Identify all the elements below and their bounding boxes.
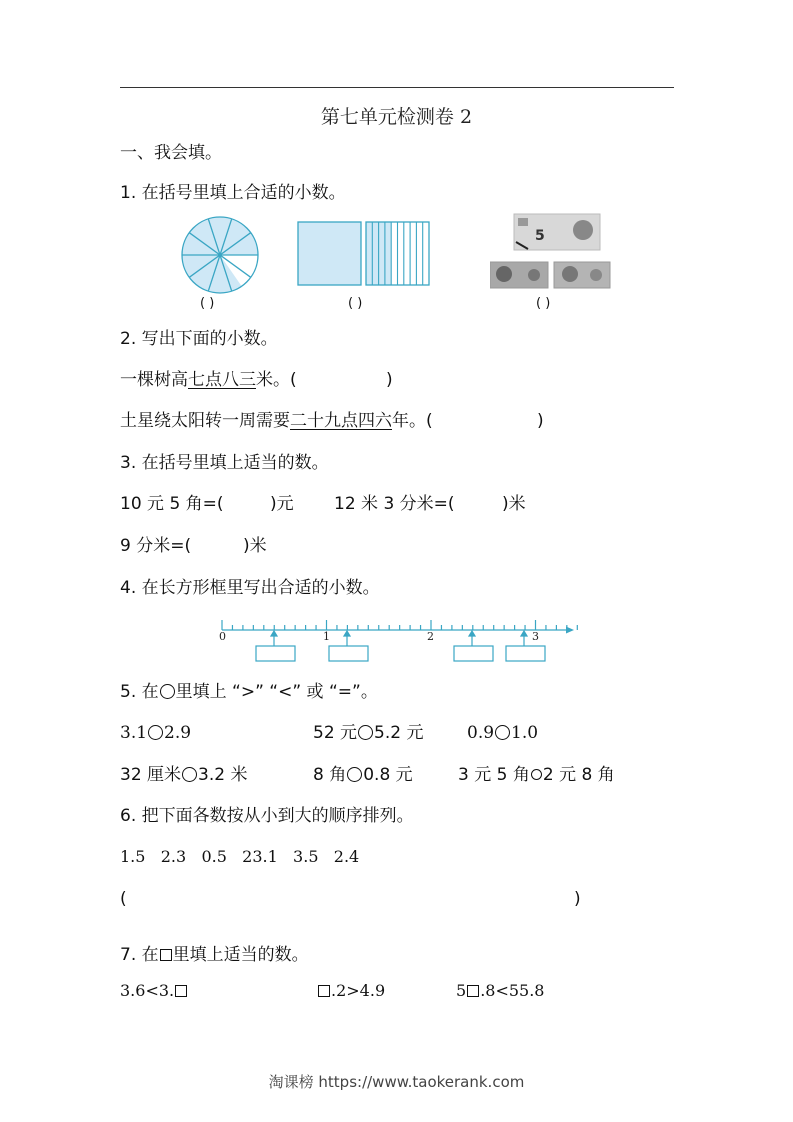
q3-item-3-left: 9 分米=(	[120, 535, 191, 557]
q2-item-2-close: )	[537, 410, 544, 432]
q2-text: 土星绕太阳转一周需要	[120, 411, 290, 431]
q1-prompt: 1. 在括号里填上合适的小数。	[120, 182, 346, 204]
q7-prompt: 7. 在里填上适当的数。	[120, 944, 309, 966]
page-title: 第七单元检测卷 2	[0, 102, 793, 129]
q2-text: 米。(	[256, 370, 297, 390]
answer-box-1[interactable]	[256, 646, 295, 661]
q1-blank-3[interactable]: ( )	[536, 296, 550, 311]
q5-item: 3.12.9	[120, 722, 191, 744]
q5-prompt: 5. 在里填上 “>” “<” 或 “=”。	[120, 681, 378, 703]
square-blank-icon	[160, 949, 172, 961]
q2-underlined-number: 二十九点四六	[290, 411, 392, 431]
q6-numbers: 1.5 2.3 0.5 23.1 3.5 2.4	[120, 846, 359, 868]
digit-box[interactable]	[467, 985, 479, 997]
answer-box-4[interactable]	[506, 646, 545, 661]
q6-answer-open[interactable]: (	[120, 888, 127, 910]
q7-item-1: 3.6<3.	[120, 980, 188, 1002]
q2-item-1: 一棵树高七点八三米。(	[120, 369, 297, 391]
answer-box-3[interactable]	[454, 646, 493, 661]
compare-circle[interactable]	[495, 725, 510, 740]
compare-circle[interactable]	[182, 767, 197, 782]
q6-prompt: 6. 把下面各数按从小到大的顺序排列。	[120, 805, 414, 827]
q2-underlined-number: 七点八三	[188, 370, 256, 390]
q7-item-2: .2>4.9	[317, 980, 385, 1002]
footer-watermark: 淘课榜 https://www.taokerank.com	[0, 1071, 793, 1092]
q2-item-1-close: )	[386, 369, 393, 391]
q5-item: 52 元5.2 元	[313, 722, 424, 744]
tick-label-3: 3	[532, 630, 539, 643]
q2-text: 年。(	[392, 411, 433, 431]
money-figure: 5	[490, 212, 614, 290]
section-heading: 一、我会填。	[120, 142, 222, 164]
q6-answer-close: )	[574, 888, 581, 910]
circle-blank-icon	[160, 684, 175, 699]
q3-item-3-right: )米	[243, 535, 267, 557]
top-rule	[120, 87, 674, 88]
q1-blank-1[interactable]: ( )	[200, 296, 214, 311]
q3-item-1-right: )元	[270, 493, 294, 515]
q3-item-1-left: 10 元 5 角=(	[120, 493, 224, 515]
q5-item: 8 角0.8 元	[313, 764, 413, 786]
svg-text:5: 5	[535, 228, 545, 244]
q2-item-2: 土星绕太阳转一周需要二十九点四六年。(	[120, 410, 433, 432]
compare-circle[interactable]	[347, 767, 362, 782]
compare-circle[interactable]	[531, 769, 542, 780]
q2-prompt: 2. 写出下面的小数。	[120, 328, 278, 350]
q1-blank-2[interactable]: ( )	[348, 296, 362, 311]
digit-box[interactable]	[175, 985, 187, 997]
compare-circle[interactable]	[148, 725, 163, 740]
digit-box[interactable]	[318, 985, 330, 997]
tick-label-1: 1	[323, 630, 330, 643]
q5-item: 32 厘米3.2 米	[120, 764, 248, 786]
q5-prompt-text: 里填上 “>” “<” 或 “=”。	[176, 682, 378, 702]
q3-prompt: 3. 在括号里填上适当的数。	[120, 452, 329, 474]
number-line: 0 1 2 3	[214, 618, 580, 666]
compare-circle[interactable]	[358, 725, 373, 740]
q5-item: 3 元 5 角2 元 8 角	[458, 764, 615, 786]
q7-item-3: 5.8<55.8	[456, 980, 544, 1002]
q2-text: 一棵树高	[120, 370, 188, 390]
q5-item: 0.91.0	[467, 722, 538, 744]
tick-label-2: 2	[427, 630, 434, 643]
answer-box-2[interactable]	[329, 646, 368, 661]
circle-fraction-figure	[180, 215, 260, 295]
q3-item-2-left: 12 米 3 分米=(	[334, 493, 455, 515]
q3-item-2-right: )米	[502, 493, 526, 515]
q5-prompt-text: 5. 在	[120, 682, 159, 702]
square-strips-figure	[297, 221, 437, 287]
tick-label-0: 0	[219, 630, 226, 643]
q4-prompt: 4. 在长方形框里写出合适的小数。	[120, 577, 380, 599]
